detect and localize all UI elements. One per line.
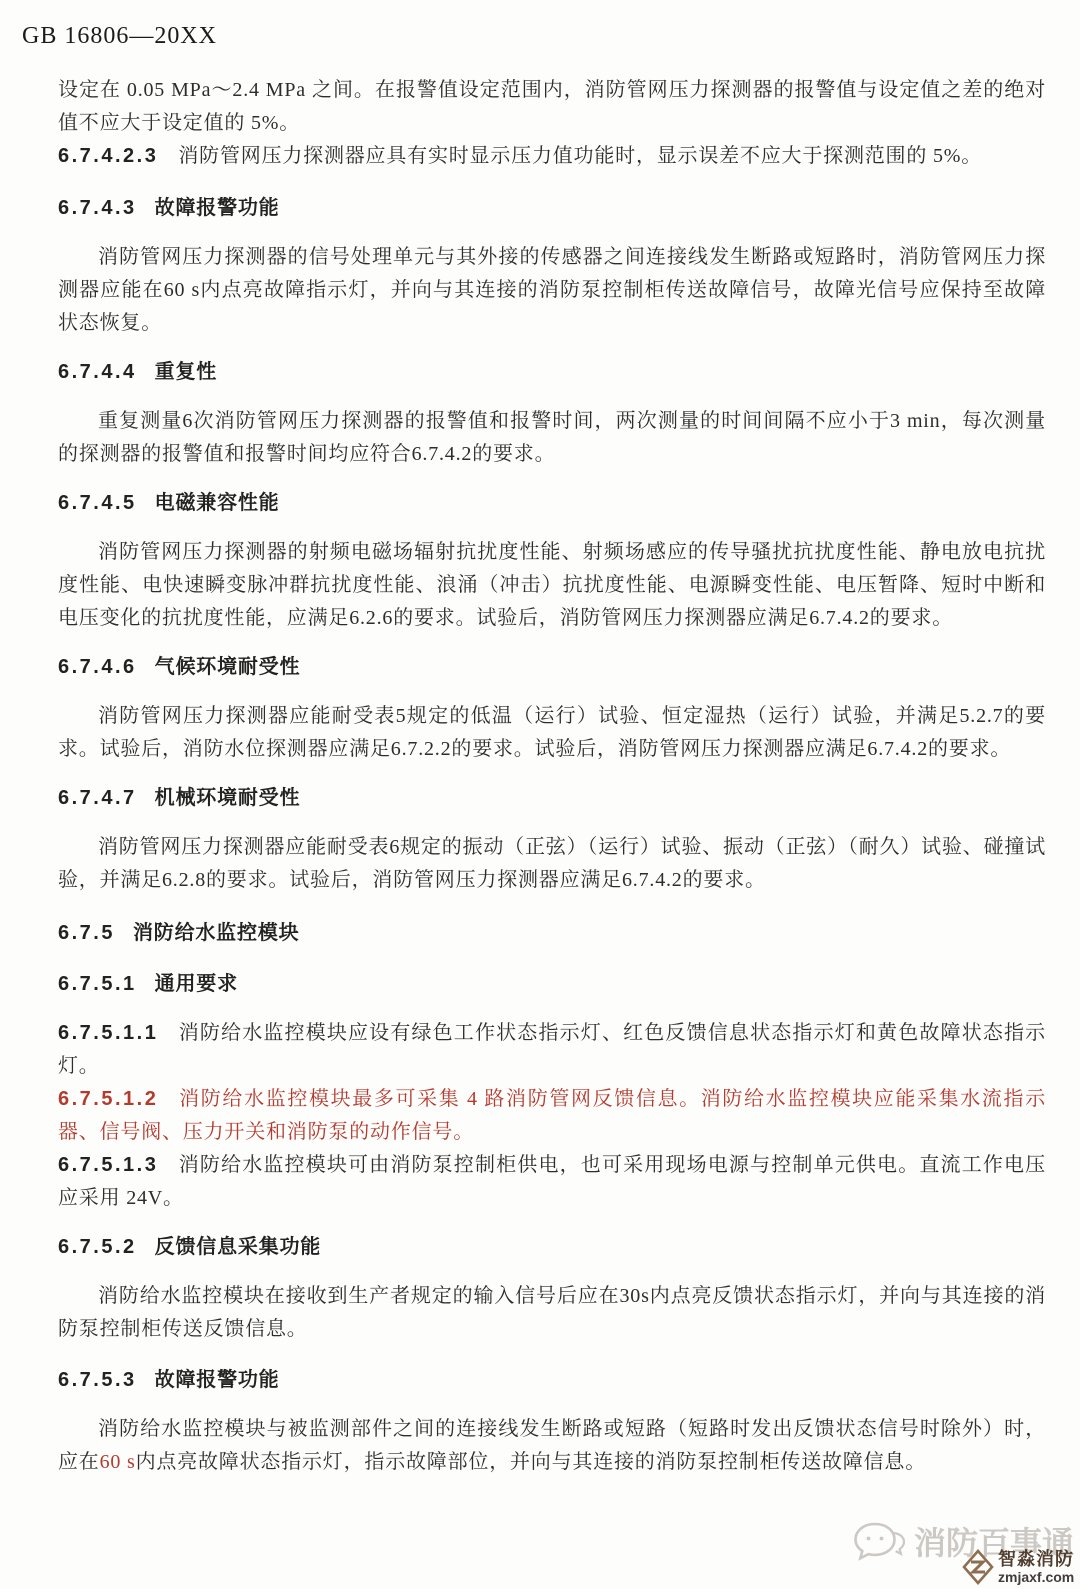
- chat-bubble-icon: [852, 1520, 906, 1566]
- site-logo-text: 智淼消防 zmjaxf.com: [998, 1549, 1074, 1585]
- heading-6-7-5-1: 6.7.5.1通用要求: [58, 968, 1046, 1001]
- paragraph-6-7-4-7: 消防管网压力探测器应能耐受表6规定的振动（正弦）（运行）试验、振动（正弦）（耐久…: [58, 831, 1046, 897]
- clause-6-7-5-1-1: 6.7.5.1.1消防给水监控模块应设有绿色工作状态指示灯、红色反馈信息状态指示…: [58, 1017, 1046, 1083]
- heading-6-7-5-2: 6.7.5.2反馈信息采集功能: [58, 1231, 1046, 1264]
- site-logo: 智淼消防 zmjaxf.com: [962, 1549, 1074, 1585]
- heading-number: 6.7.4.5: [58, 492, 137, 514]
- paragraph-text-post: 内点亮故障状态指示灯，指示故障部位，并向与其连接的消防泵控制柜传送故障信息。: [136, 1451, 926, 1473]
- heading-title: 气候环境耐受性: [155, 656, 301, 678]
- diamond-z-logo-icon: [962, 1549, 994, 1585]
- heading-title: 电磁兼容性能: [155, 492, 280, 514]
- heading-title: 故障报警功能: [155, 1369, 280, 1391]
- heading-6-7-5-3: 6.7.5.3故障报警功能: [58, 1364, 1046, 1397]
- clause-6-7-4-2-3: 6.7.4.2.3消防管网压力探测器应具有实时显示压力值功能时，显示误差不应大于…: [58, 140, 1046, 173]
- heading-6-7-4-4: 6.7.4.4重复性: [58, 356, 1046, 389]
- clause-number: 6.7.5.1.3: [58, 1154, 158, 1176]
- heading-number: 6.7.4.7: [58, 787, 137, 809]
- paragraph-6-7-5-3: 消防给水监控模块与被监测部件之间的连接线发生断路或短路（短路时发出反馈状态信号时…: [58, 1413, 1046, 1479]
- paragraph-text-highlight: 60 s: [100, 1451, 136, 1473]
- clause-6-7-5-1-2-highlighted: 6.7.5.1.2消防给水监控模块最多可采集 4 路消防管网反馈信息。消防给水监…: [58, 1083, 1046, 1149]
- clause-text: 消防给水监控模块最多可采集 4 路消防管网反馈信息。消防给水监控模块应能采集水流…: [58, 1088, 1046, 1143]
- paragraph-6-7-4-4: 重复测量6次消防管网压力探测器的报警值和报警时间，两次测量的时间间隔不应小于3 …: [58, 405, 1046, 471]
- paragraph-6-7-4-3: 消防管网压力探测器的信号处理单元与其外接的传感器之间连接线发生断路或短路时，消防…: [58, 241, 1046, 340]
- heading-number: 6.7.5: [58, 922, 115, 944]
- standard-number-header: GB 16806—20XX: [22, 22, 1046, 50]
- heading-title: 反馈信息采集功能: [155, 1236, 321, 1258]
- heading-6-7-4-3: 6.7.4.3故障报警功能: [58, 192, 1046, 225]
- clause-text: 消防管网压力探测器应具有实时显示压力值功能时，显示误差不应大于探测范围的 5%。: [178, 145, 982, 167]
- heading-number: 6.7.4.4: [58, 361, 137, 383]
- heading-number: 6.7.4.6: [58, 656, 137, 678]
- clause-text: 消防给水监控模块应设有绿色工作状态指示灯、红色反馈信息状态指示灯和黄色故障状态指…: [58, 1022, 1046, 1077]
- clause-number: 6.7.5.1.2: [58, 1088, 158, 1110]
- clause-6-7-5-1-3: 6.7.5.1.3消防给水监控模块可由消防泵控制柜供电，也可采用现场电源与控制单…: [58, 1149, 1046, 1215]
- clause-number: 6.7.4.2.3: [58, 145, 158, 167]
- heading-number: 6.7.5.1: [58, 973, 137, 995]
- heading-6-7-4-6: 6.7.4.6气候环境耐受性: [58, 651, 1046, 684]
- heading-number: 6.7.5.2: [58, 1236, 137, 1258]
- heading-6-7-5: 6.7.5消防给水监控模块: [58, 917, 1046, 950]
- paragraph-carryover: 设定在 0.05 MPa～2.4 MPa 之间。在报警值设定范围内，消防管网压力…: [58, 74, 1046, 140]
- heading-title: 通用要求: [155, 973, 238, 995]
- heading-title: 重复性: [155, 361, 217, 383]
- heading-number: 6.7.5.3: [58, 1369, 137, 1391]
- heading-title: 故障报警功能: [155, 197, 280, 219]
- paragraph-6-7-5-2: 消防给水监控模块在接收到生产者规定的输入信号后应在30s内点亮反馈状态指示灯，并…: [58, 1280, 1046, 1346]
- heading-title: 机械环境耐受性: [155, 787, 301, 809]
- document-content: GB 16806—20XX 设定在 0.05 MPa～2.4 MPa 之间。在报…: [58, 22, 1046, 1479]
- heading-number: 6.7.4.3: [58, 197, 137, 219]
- heading-title: 消防给水监控模块: [133, 922, 299, 944]
- site-logo-name: 智淼消防: [998, 1549, 1074, 1569]
- clause-number: 6.7.5.1.1: [58, 1022, 158, 1044]
- site-logo-domain: zmjaxf.com: [998, 1569, 1074, 1585]
- clause-text: 消防给水监控模块可由消防泵控制柜供电，也可采用现场电源与控制单元供电。直流工作电…: [58, 1154, 1046, 1209]
- paragraph-6-7-4-6: 消防管网压力探测器应能耐受表5规定的低温（运行）试验、恒定湿热（运行）试验，并满…: [58, 700, 1046, 766]
- document-page: GB 16806—20XX 设定在 0.05 MPa～2.4 MPa 之间。在报…: [0, 0, 1080, 1589]
- paragraph-6-7-4-5: 消防管网压力探测器的射频电磁场辐射抗扰度性能、射频场感应的传导骚扰抗扰度性能、静…: [58, 536, 1046, 635]
- heading-6-7-4-5: 6.7.4.5电磁兼容性能: [58, 487, 1046, 520]
- heading-6-7-4-7: 6.7.4.7机械环境耐受性: [58, 782, 1046, 815]
